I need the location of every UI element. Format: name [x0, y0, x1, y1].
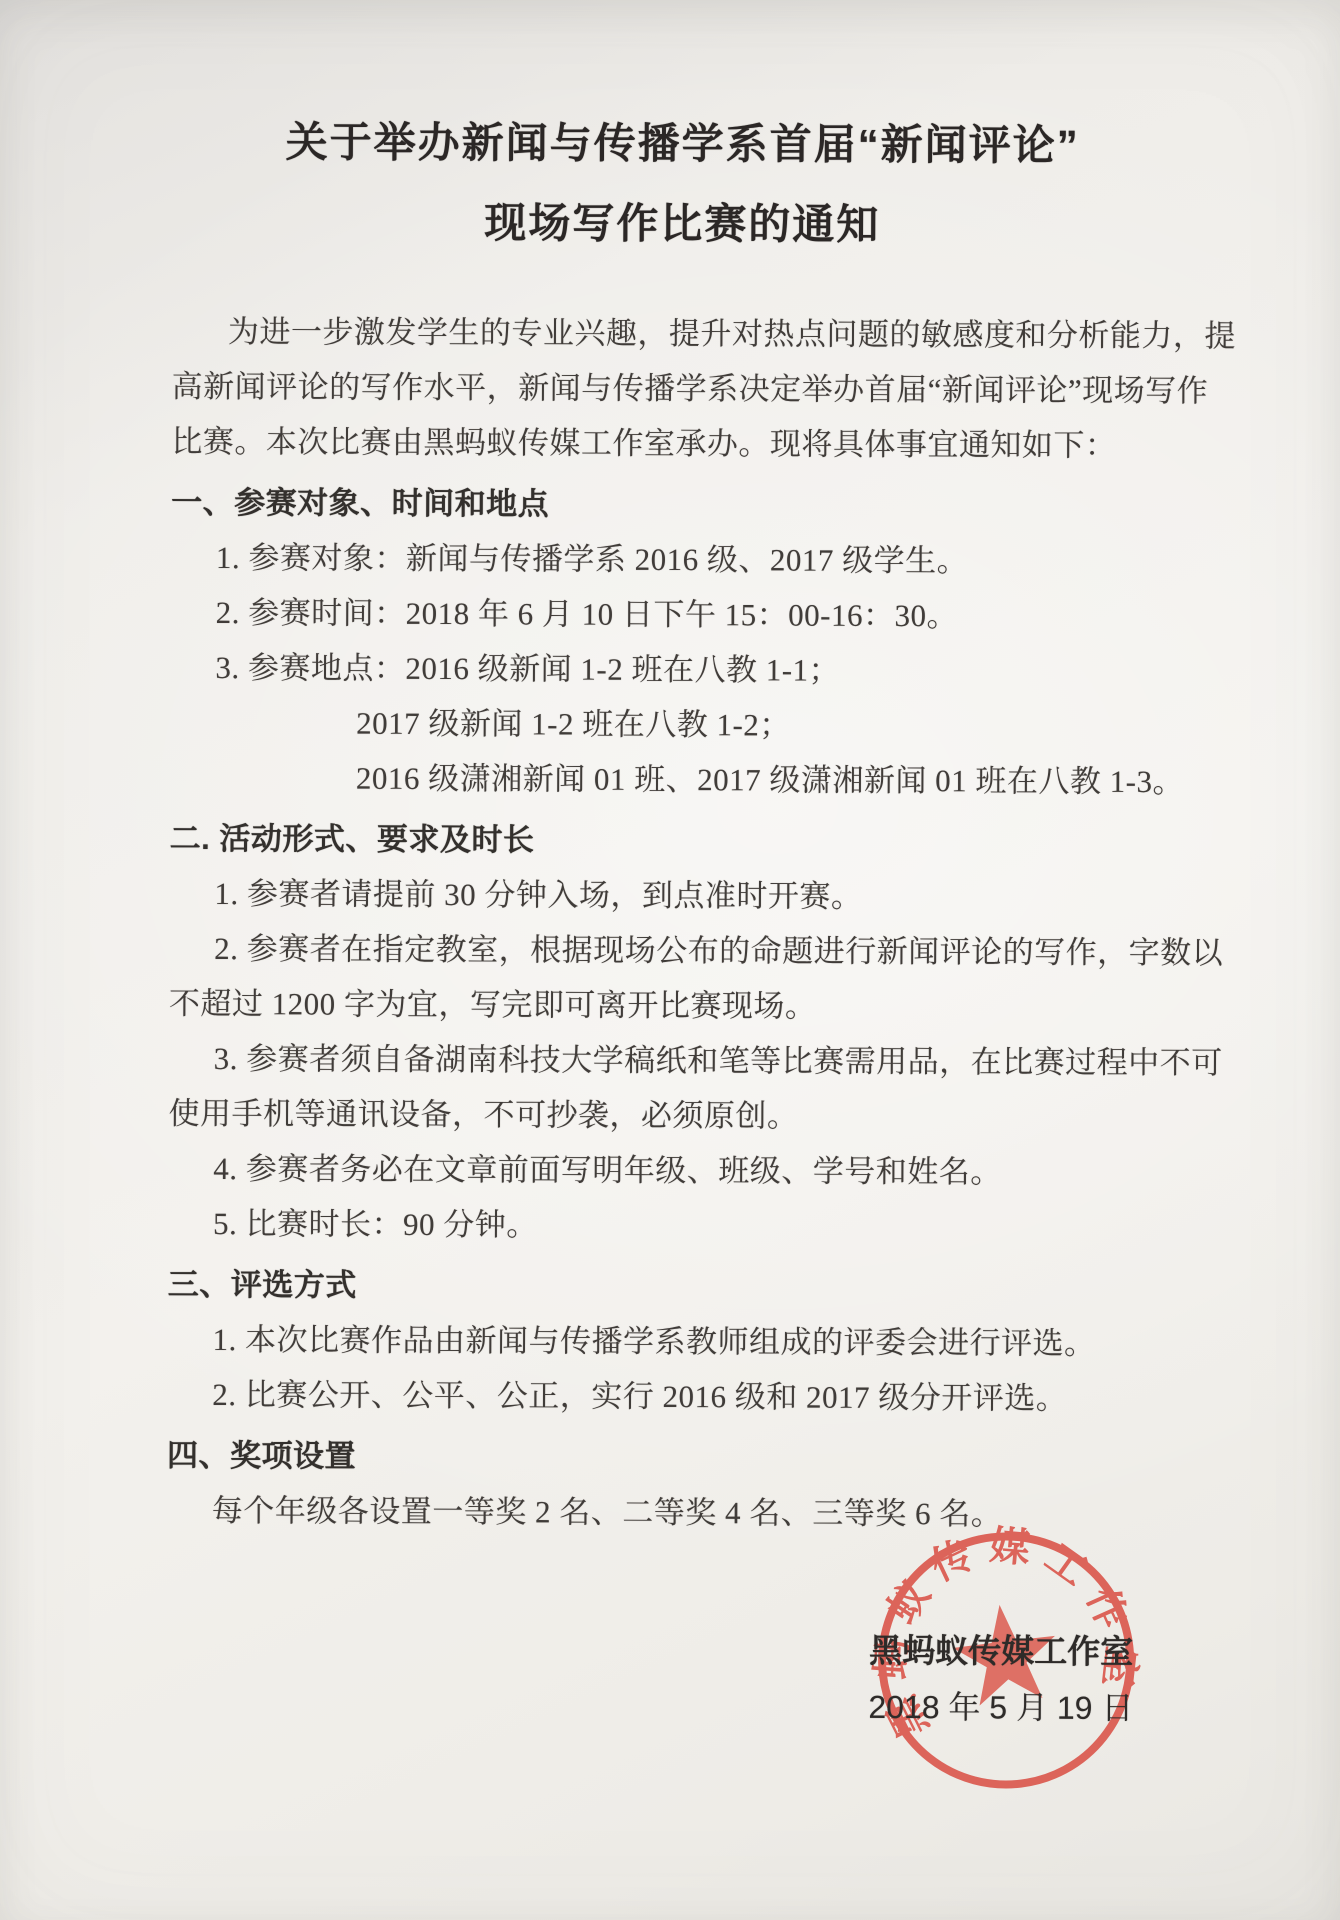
section-2-item-1: 1. 参赛者请提前 30 分钟入场，到点准时开赛。 [169, 866, 1189, 925]
document-body: 为进一步激发学生的专业兴趣，提升对热点问题的敏感度和分析能力，提 高新闻评论的写… [167, 304, 1192, 1542]
notice-document: 关于举办新闻与传播学系首届“新闻评论” 现场写作比赛的通知 为进一步激发学生的专… [0, 0, 1340, 1920]
section-3-item-1: 1. 本次比赛作品由新闻与传播学系教师组成的评委会进行评选。 [167, 1312, 1187, 1371]
signature-organization: 黑蚂蚁传媒工作室 [836, 1623, 1166, 1679]
intro-line-1: 为进一步激发学生的专业兴趣，提升对热点问题的敏感度和分析能力，提 [172, 304, 1192, 363]
section-2-item-2-cont: 不超过 1200 字为宜，写完即可离开比赛现场。 [169, 976, 1189, 1035]
section-1-heading: 一、参赛对象、时间和地点 [171, 475, 1191, 534]
section-2-item-4: 4. 参赛者务必在文章前面写明年级、班级、学号和姓名。 [168, 1141, 1188, 1200]
section-3-item-2: 2. 比赛公开、公平、公正，实行 2016 级和 2017 级分开评选。 [167, 1367, 1187, 1426]
signature-date: 2018 年 5 月 19 日 [836, 1678, 1166, 1737]
section-1-item-3-sub-1: 2017 级新闻 1-2 班在八教 1-2； [170, 695, 1190, 754]
section-2-item-2: 2. 参赛者在指定教室，根据现场公布的命题进行新闻评论的写作，字数以 [169, 921, 1189, 980]
section-2-item-3: 3. 参赛者须自备湖南科技大学稿纸和笔等比赛需用品，在比赛过程中不可 [169, 1031, 1189, 1090]
section-2-item-3-cont: 使用手机等通讯设备，不可抄袭，必须原创。 [168, 1086, 1188, 1145]
section-1-item-1: 1. 参赛对象：新闻与传播学系 2016 级、2017 级学生。 [171, 530, 1191, 589]
signature-block: 黑蚂蚁传媒工作室 2018 年 5 月 19 日 [836, 1623, 1166, 1737]
intro-line-3: 比赛。本次比赛由黑蚂蚁传媒工作室承办。现将具体事宜通知如下： [171, 414, 1191, 473]
section-3-heading: 三、评选方式 [168, 1257, 1188, 1316]
photographed-notice-page: 关于举办新闻与传播学系首届“新闻评论” 现场写作比赛的通知 为进一步激发学生的专… [0, 0, 1340, 1920]
section-1-item-2: 2. 参赛时间：2018 年 6 月 10 日下午 15：00-16：30。 [171, 585, 1191, 644]
section-2-item-5: 5. 比赛时长：90 分钟。 [168, 1196, 1188, 1255]
document-title-line-2: 现场写作比赛的通知 [172, 182, 1192, 266]
document-title-line-1: 关于举办新闻与传播学系首届“新闻评论” [173, 102, 1193, 186]
section-1-item-3: 3. 参赛地点：2016 级新闻 1-2 班在八教 1-1； [170, 640, 1190, 699]
section-2-heading: 二. 活动形式、要求及时长 [170, 811, 1190, 870]
intro-line-2: 高新闻评论的写作水平，新闻与传播学系决定举办首届“新闻评论”现场写作 [172, 359, 1192, 418]
document-title: 关于举办新闻与传播学系首届“新闻评论” 现场写作比赛的通知 [172, 102, 1193, 266]
section-4-heading: 四、奖项设置 [167, 1428, 1187, 1487]
section-1-item-3-sub-2: 2016 级潇湘新闻 01 班、2017 级潇湘新闻 01 班在八教 1-3。 [170, 750, 1190, 809]
